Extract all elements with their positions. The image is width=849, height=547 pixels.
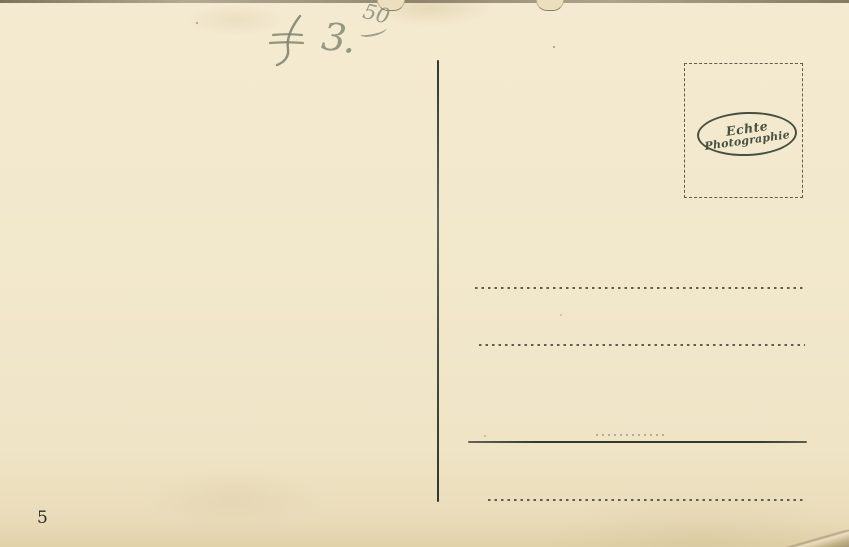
address-line-3 [468,441,807,443]
dust-speck [484,435,486,437]
dust-speck [560,314,562,316]
address-line-4 [488,499,803,501]
handwritten-underline [359,24,387,39]
address-line-3-ghost [596,434,666,436]
handwritten-price: 3. 50 [262,2,422,74]
corner-number: 5 [37,508,48,528]
address-line-1 [475,287,805,289]
address-line-2 [479,344,805,346]
dust-speck [196,22,198,24]
dust-speck [553,46,555,48]
edge-notch-right [536,0,564,11]
postcard-back-scan: 3. 50 Echte Photographie 5 [0,0,849,547]
stamp-box: Echte Photographie [684,63,803,198]
card-top-edge [0,0,849,3]
corner-crease [778,529,849,547]
publisher-logo-oval: Echte Photographie [696,110,797,157]
handwritten-amount: 3. [319,14,356,62]
handwritten-currency-symbol [266,12,312,68]
center-divider-line [437,60,439,502]
